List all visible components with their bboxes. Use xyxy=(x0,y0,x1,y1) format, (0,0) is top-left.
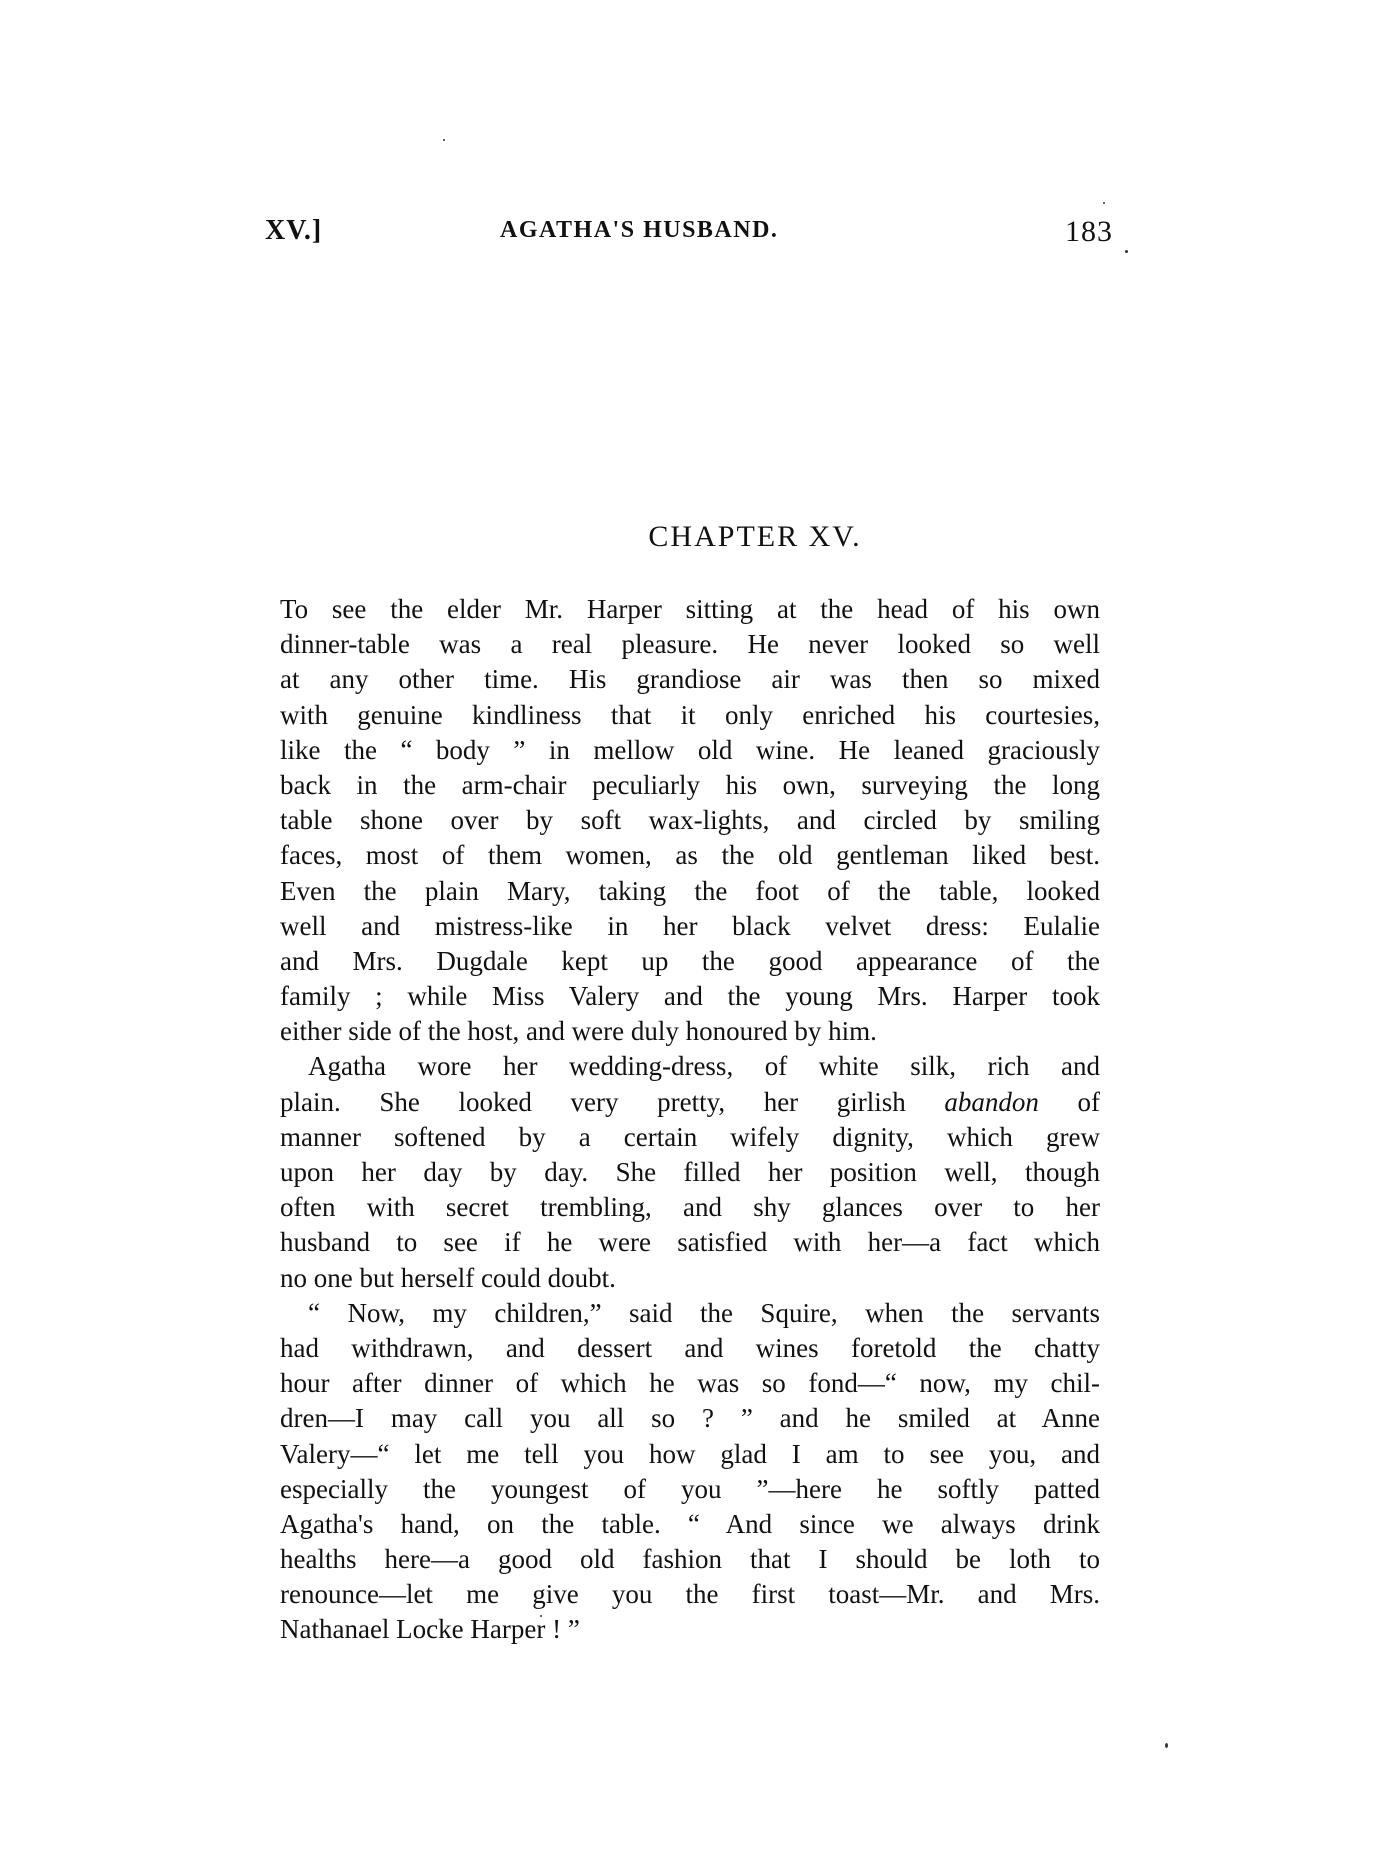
book-page: XV.] AGATHA'S HUSBAND. 183 CHAPTER XV. T… xyxy=(0,0,1400,1850)
scan-speck xyxy=(1165,1743,1168,1748)
text-line: Even the plain Mary, taking the foot of … xyxy=(280,874,1100,909)
running-head: XV.] AGATHA'S HUSBAND. 183 xyxy=(265,215,1113,255)
text-line: To see the elder Mr. Harper sitting at t… xyxy=(280,592,1100,627)
text-line: hour after dinner of which he was so fon… xyxy=(280,1366,1100,1401)
scan-speck xyxy=(1125,250,1128,253)
scan-speck xyxy=(540,1615,542,1617)
text-line: at any other time. His grandiose air was… xyxy=(280,662,1100,697)
text-line: “ Now, my children,” said the Squire, wh… xyxy=(280,1296,1100,1331)
paragraph-1: To see the elder Mr. Harper sitting at t… xyxy=(280,592,1100,1049)
paragraph-2: Agatha wore her wedding-dress, of white … xyxy=(280,1049,1100,1295)
text-line: well and mistress-like in her black velv… xyxy=(280,909,1100,944)
paragraph-3: “ Now, my children,” said the Squire, wh… xyxy=(280,1296,1100,1648)
text-line: renounce—let me give you the first toast… xyxy=(280,1577,1100,1612)
text-line: Agatha's hand, on the table. “ And since… xyxy=(280,1507,1100,1542)
text-line: like the “ body ” in mellow old wine. He… xyxy=(280,733,1100,768)
text-line: and Mrs. Dugdale kept up the good appear… xyxy=(280,944,1100,979)
text-line: especially the youngest of you ”—here he… xyxy=(280,1472,1100,1507)
text-line: dinner-table was a real pleasure. He nev… xyxy=(280,627,1100,662)
line-text: plain. She looked very pretty, her girli… xyxy=(280,1087,944,1117)
text-line: Agatha wore her wedding-dress, of white … xyxy=(280,1049,1100,1084)
text-line: back in the arm-chair peculiarly his own… xyxy=(280,768,1100,803)
text-line: family ; while Miss Valery and the young… xyxy=(280,979,1100,1014)
text-line: Nathanael Locke Harper ! ” xyxy=(280,1612,1100,1647)
chapter-title: CHAPTER XV. xyxy=(0,520,1400,554)
text-line: Valery—“ let me tell you how glad I am t… xyxy=(280,1437,1100,1472)
text-line: faces, most of them women, as the old ge… xyxy=(280,838,1100,873)
text-line: either side of the host, and were duly h… xyxy=(280,1014,1100,1049)
text-line: dren—I may call you all so ? ” and he sm… xyxy=(280,1401,1100,1436)
book-title: AGATHA'S HUSBAND. xyxy=(500,217,778,244)
line-text-tail: of xyxy=(1039,1087,1100,1117)
text-line: upon her day by day. She filled her posi… xyxy=(280,1155,1100,1190)
text-line: often with secret trembling, and shy gla… xyxy=(280,1190,1100,1225)
text-line: manner softened by a certain wifely dign… xyxy=(280,1120,1100,1155)
text-line: healths here—a good old fashion that I s… xyxy=(280,1542,1100,1577)
italic-word: abandon xyxy=(944,1087,1039,1117)
text-line: had withdrawn, and dessert and wines for… xyxy=(280,1331,1100,1366)
text-line: with genuine kindliness that it only enr… xyxy=(280,698,1100,733)
scan-speck xyxy=(443,139,445,141)
text-line: table shone over by soft wax-lights, and… xyxy=(280,803,1100,838)
chapter-marker: XV.] xyxy=(265,215,322,247)
text-line: no one but herself could doubt. xyxy=(280,1261,1100,1296)
text-line: husband to see if he were satisfied with… xyxy=(280,1225,1100,1260)
text-line-with-italic: plain. She looked very pretty, her girli… xyxy=(280,1085,1100,1120)
body-text: To see the elder Mr. Harper sitting at t… xyxy=(280,592,1100,1648)
scan-speck xyxy=(1103,202,1105,204)
page-number: 183 xyxy=(1065,215,1113,249)
